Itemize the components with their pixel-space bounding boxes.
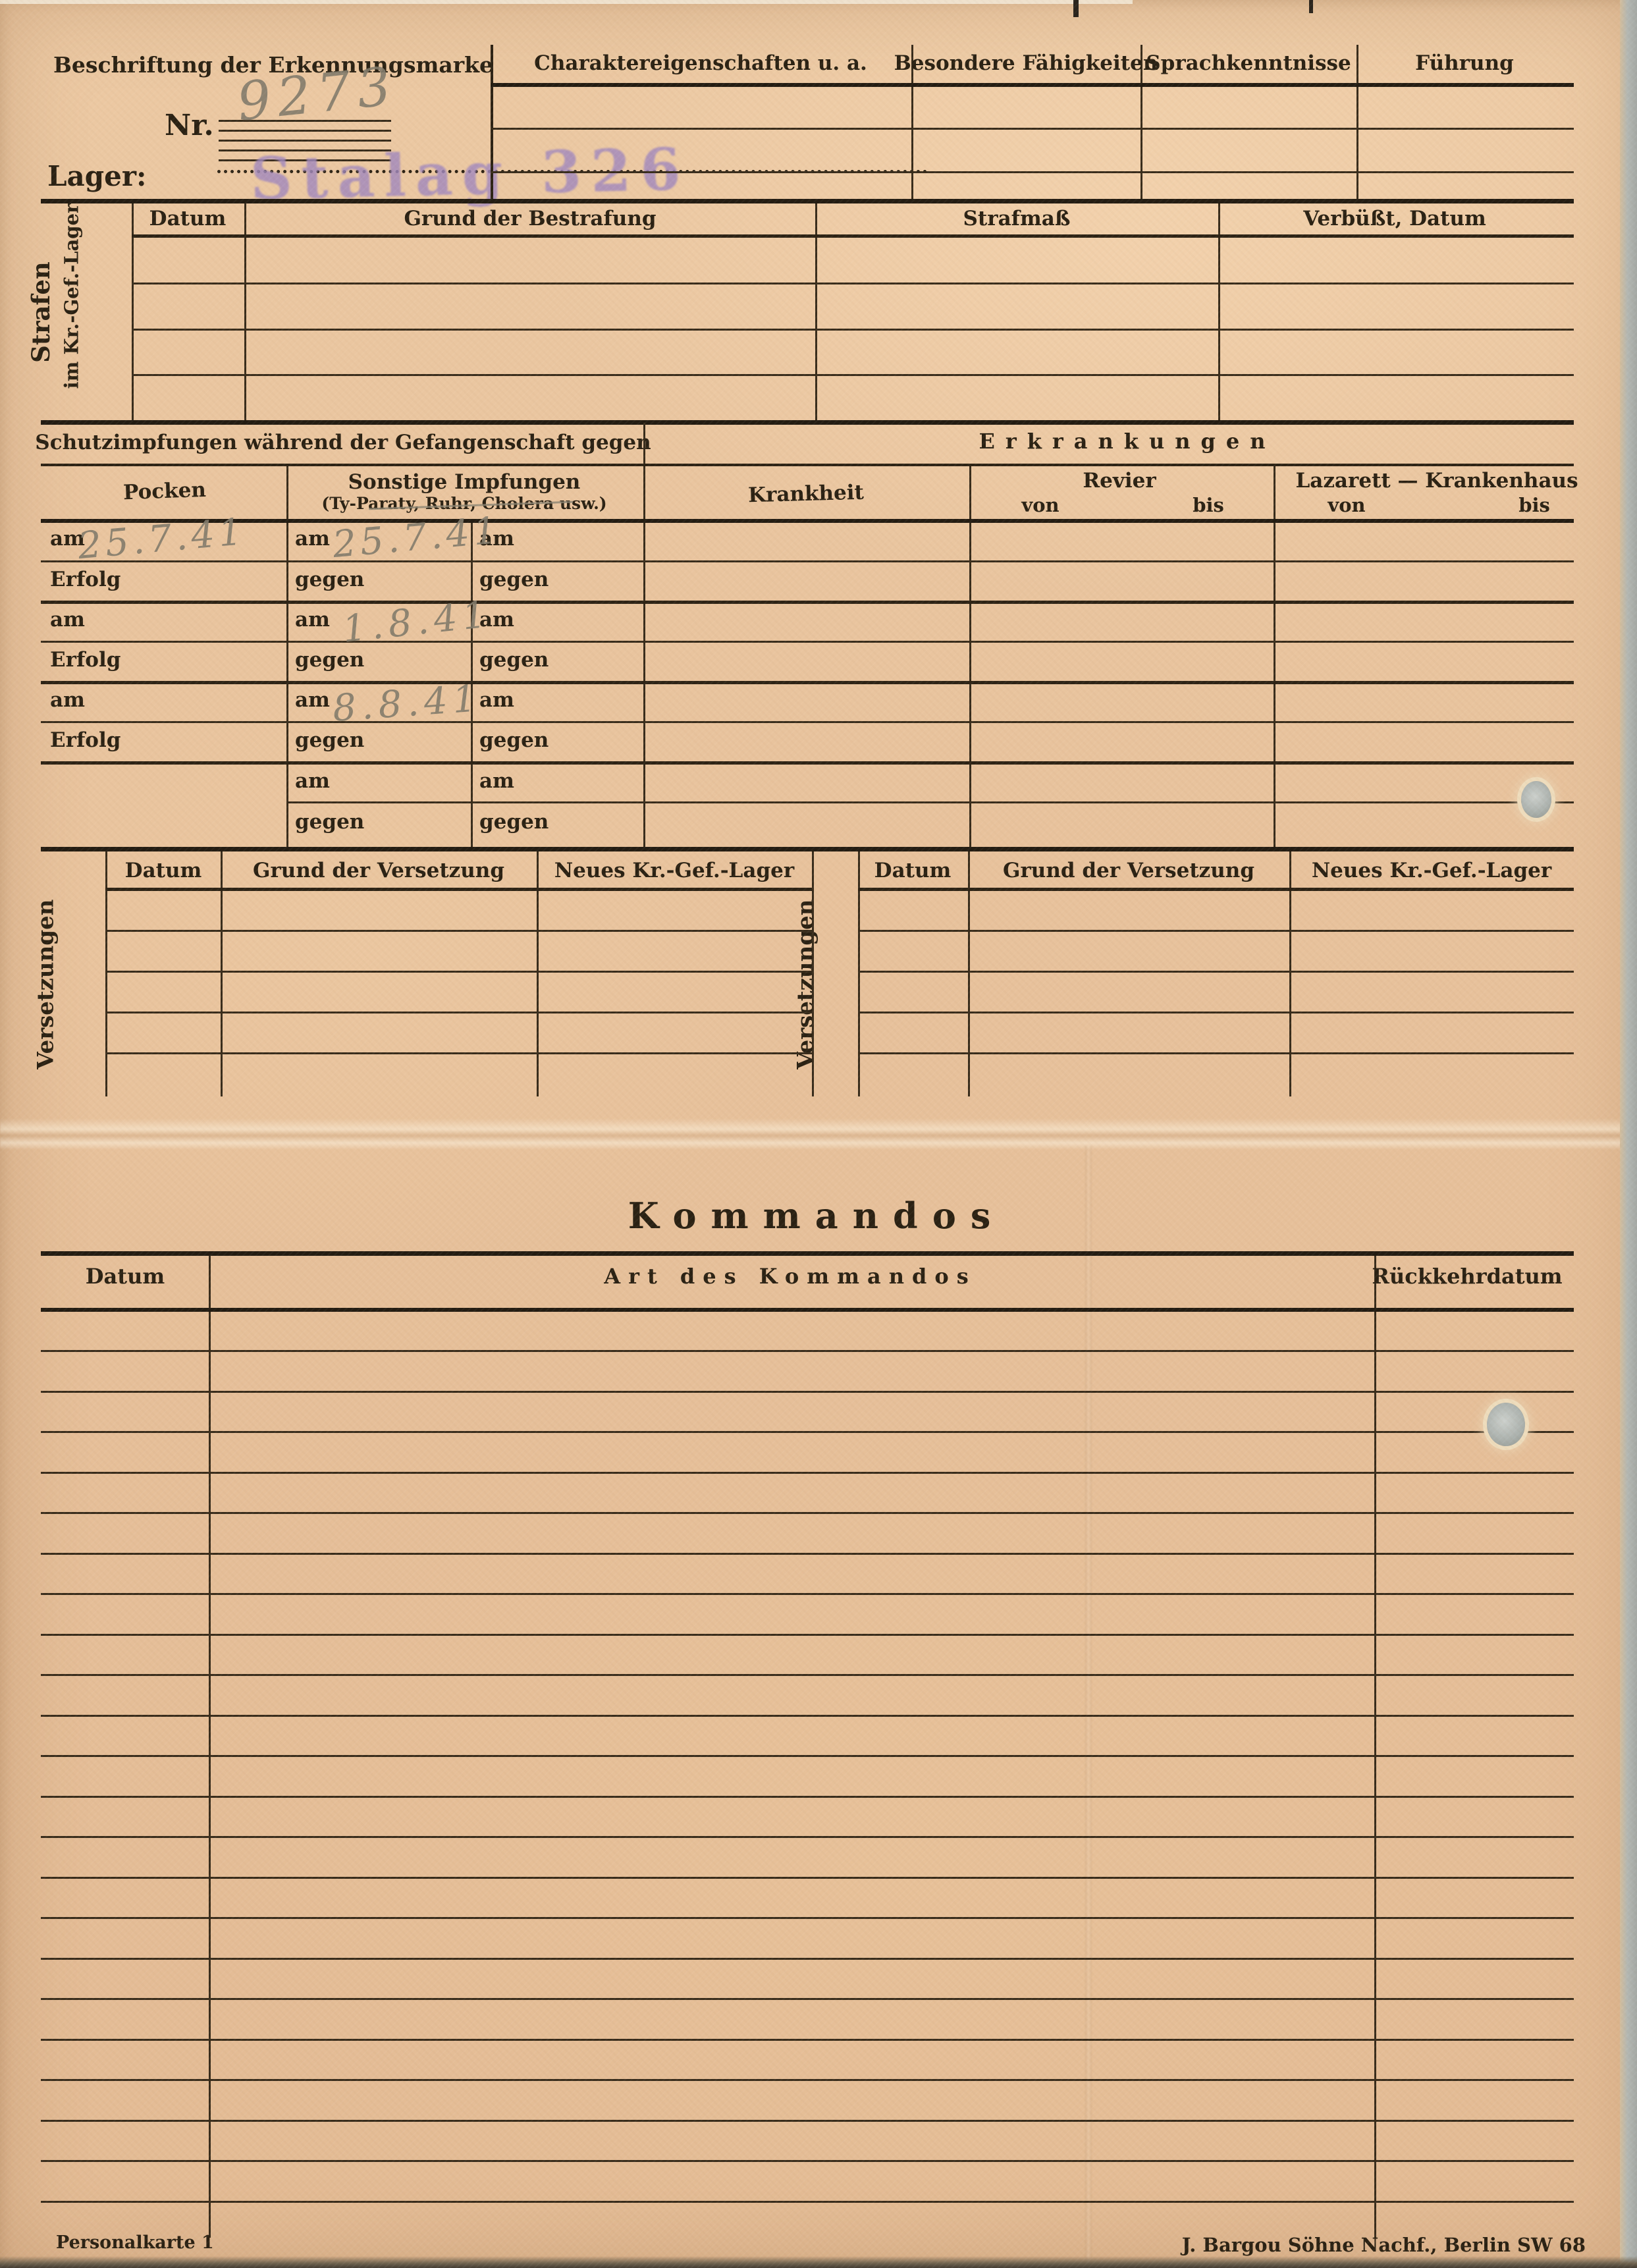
kommandos-row-line: [41, 1472, 1574, 1474]
scan-artifact: [1309, 0, 1313, 13]
kommandos-row-line: [41, 1715, 1574, 1717]
kommandos-row-line: [41, 1917, 1574, 1919]
kommandos-row-line: [41, 2039, 1574, 2041]
kommandos-row-line: [41, 1431, 1574, 1433]
kommandos-row-line: [41, 2160, 1574, 2162]
punch-hole: [1521, 781, 1551, 818]
kommandos-row-line: [41, 1877, 1574, 1879]
footer-form-name: Personalkarte 1: [56, 2234, 214, 2252]
kommandos-row-line: [41, 1998, 1574, 2000]
kommandos-row-line: [41, 1796, 1574, 1798]
kommandos-row-line: [41, 1836, 1574, 1838]
kommandos-row-line: [41, 1593, 1574, 1595]
kommandos-row-line: [41, 2079, 1574, 2081]
scan-edge-bottom: [0, 2256, 1637, 2268]
kommandos-row-line: [41, 1512, 1574, 1514]
personalkarte-page: Beschriftung der Erkennungsmarke Nr. 927…: [0, 0, 1637, 2268]
footer-printer: J. Bargou Söhne Nachf., Berlin SW 68: [1182, 2235, 1586, 2255]
punch-hole: [1487, 1403, 1525, 1446]
kommandos-row-line: [41, 2120, 1574, 2122]
kommandos-row-line: [41, 1755, 1574, 1757]
scan-edge-top: [0, 0, 1133, 4]
kommandos-row-line: [41, 1391, 1574, 1393]
scan-artifact: [1073, 0, 1079, 17]
kommandos-row-line: [41, 1350, 1574, 1352]
scan-edge-right: [1620, 0, 1637, 2268]
kommandos-row-line: [41, 1958, 1574, 1960]
kommandos-row-line: [41, 1634, 1574, 1636]
kommandos-row-line: [41, 1674, 1574, 1676]
kommandos-row-line: [41, 1553, 1574, 1555]
kommandos-ruled-rows: [0, 0, 1637, 2268]
kommandos-row-line: [41, 2201, 1574, 2203]
